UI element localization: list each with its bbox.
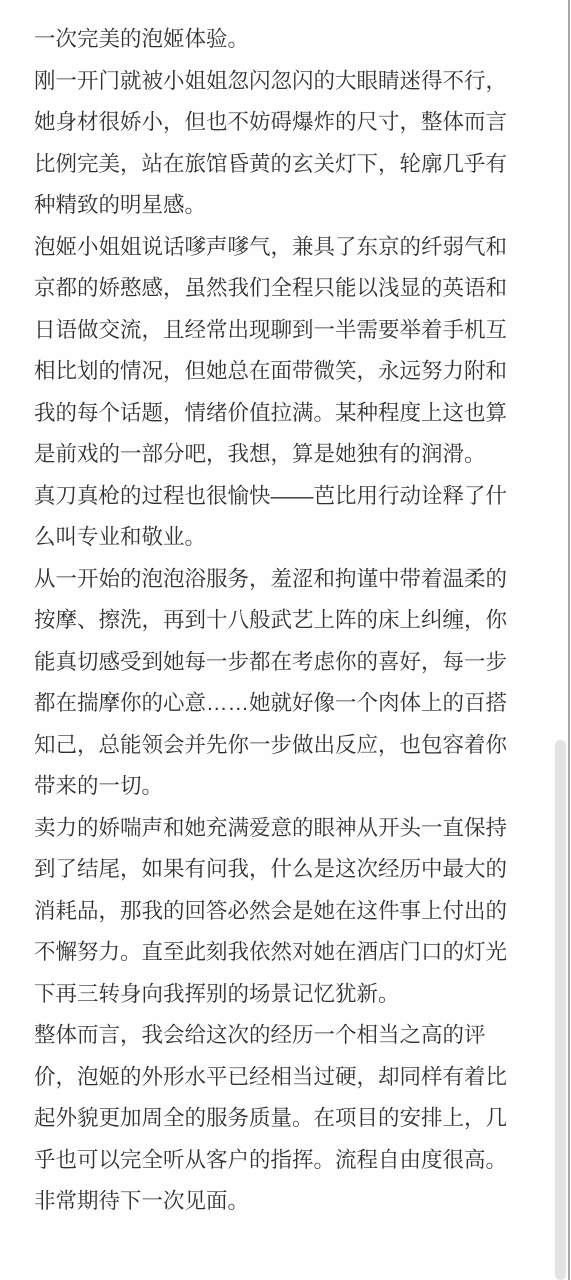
- text-line: 下再三转身向我挥别的场景记忆犹新。: [34, 974, 543, 1016]
- text-line: 么叫专业和敬业。: [34, 517, 543, 559]
- text-body: 一次完美的泡姬体验。刚一开门就被小姐姐忽闪忽闪的大眼睛迷得不行，她身材很娇小，但…: [34, 19, 543, 1223]
- text-line: 相比划的情况，但她总在面带微笑，永远努力附和: [34, 351, 543, 393]
- text-line: 泡姬小姐姐说话嗲声嗲气，兼具了东京的纤弱气和: [34, 227, 543, 269]
- text-line: 知己，总能领会并先你一步做出反应，也包容着你: [34, 725, 543, 767]
- text-line: 刚一开门就被小姐姐忽闪忽闪的大眼睛迷得不行，: [34, 61, 543, 103]
- document-page: 一次完美的泡姬体验。刚一开门就被小姐姐忽闪忽闪的大眼睛迷得不行，她身材很娇小，但…: [0, 0, 571, 1280]
- text-line: 消耗品，那我的回答必然会是她在这件事上付出的: [34, 891, 543, 933]
- text-line: 京都的娇憨感，虽然我们全程只能以浅显的英语和: [34, 268, 543, 310]
- text-line: 比例完美，站在旅馆昏黄的玄关灯下，轮廓几乎有: [34, 144, 543, 186]
- text-line: 都在揣摩你的心意……她就好像一个肉体上的百搭: [34, 683, 543, 725]
- scrollbar-thumb[interactable]: [555, 740, 566, 1280]
- text-line: 到了结尾，如果有问我，什么是这次经历中最大的: [34, 849, 543, 891]
- text-line: 种精致的明星感。: [34, 185, 543, 227]
- text-line: 起外貌更加周全的服务质量。在项目的安排上，几: [34, 1098, 543, 1140]
- text-line: 日语做交流，且经常出现聊到一半需要举着手机互: [34, 310, 543, 352]
- text-line: 一次完美的泡姬体验。: [34, 19, 543, 61]
- text-line: 能真切感受到她每一步都在考虑你的喜好，每一步: [34, 642, 543, 684]
- text-line: 是前戏的一部分吧，我想，算是她独有的润滑。: [34, 434, 543, 476]
- right-border-line: [568, 0, 570, 1280]
- text-line: 从一开始的泡泡浴服务，羞涩和拘谨中带着温柔的: [34, 559, 543, 601]
- text-line: 她身材很娇小，但也不妨碍爆炸的尺寸，整体而言: [34, 102, 543, 144]
- text-line: 卖力的娇喘声和她充满爱意的眼神从开头一直保持: [34, 808, 543, 850]
- text-line: 真刀真枪的过程也很愉快——芭比用行动诠释了什: [34, 476, 543, 518]
- text-line: 不懈努力。直至此刻我依然对她在酒店门口的灯光: [34, 932, 543, 974]
- text-line: 乎也可以完全听从客户的指挥。流程自由度很高。: [34, 1140, 543, 1182]
- text-line: 按摩、擦洗，再到十八般武艺上阵的床上纠缠，你: [34, 600, 543, 642]
- text-line: 价，泡姬的外形水平已经相当过硬，却同样有着比: [34, 1057, 543, 1099]
- text-line: 带来的一切。: [34, 766, 543, 808]
- text-line: 我的每个话题，情绪价值拉满。某种程度上这也算: [34, 393, 543, 435]
- text-line: 整体而言，我会给这次的经历一个相当之高的评: [34, 1015, 543, 1057]
- text-line: 非常期待下一次见面。: [34, 1181, 543, 1223]
